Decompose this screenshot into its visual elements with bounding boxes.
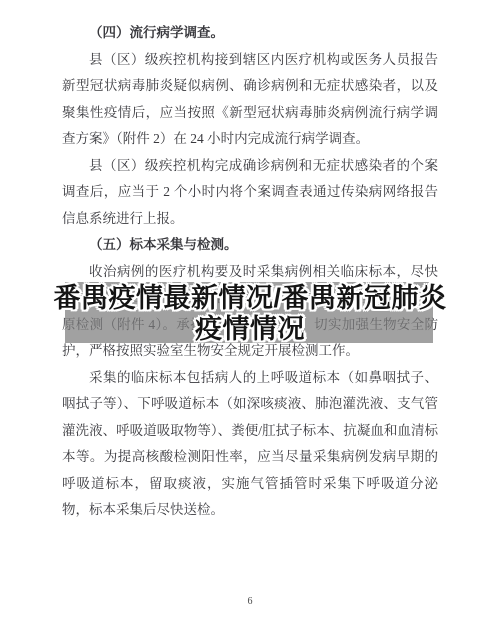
document-page: （四）流行病学调查。县（区）级疾控机构接到辖区内医疗机构或医务人员报告新型冠状病…	[0, 0, 500, 626]
watermark-title: 番禺疫情最新情况/番禺新冠肺炎疫情情况	[50, 283, 450, 345]
section-heading: （四）流行病学调查。	[62, 20, 438, 47]
paragraph: 县（区）级疾控机构完成确诊病例和无症状感染者的个案调查后，应当于 2 个小时内将…	[62, 153, 438, 233]
section-heading: （五）标本采集与检测。	[62, 232, 438, 259]
paragraph: 采集的临床标本包括病人的上呼吸道标本（如鼻咽拭子、咽拭子等）、下呼吸道标本（如深…	[62, 365, 438, 524]
paragraph: 县（区）级疾控机构接到辖区内医疗机构或医务人员报告新型冠状病毒肺炎疑似病例、确诊…	[62, 47, 438, 153]
page-number: 6	[0, 596, 500, 608]
document-body: （四）流行病学调查。县（区）级疾控机构接到辖区内医疗机构或医务人员报告新型冠状病…	[62, 20, 438, 524]
